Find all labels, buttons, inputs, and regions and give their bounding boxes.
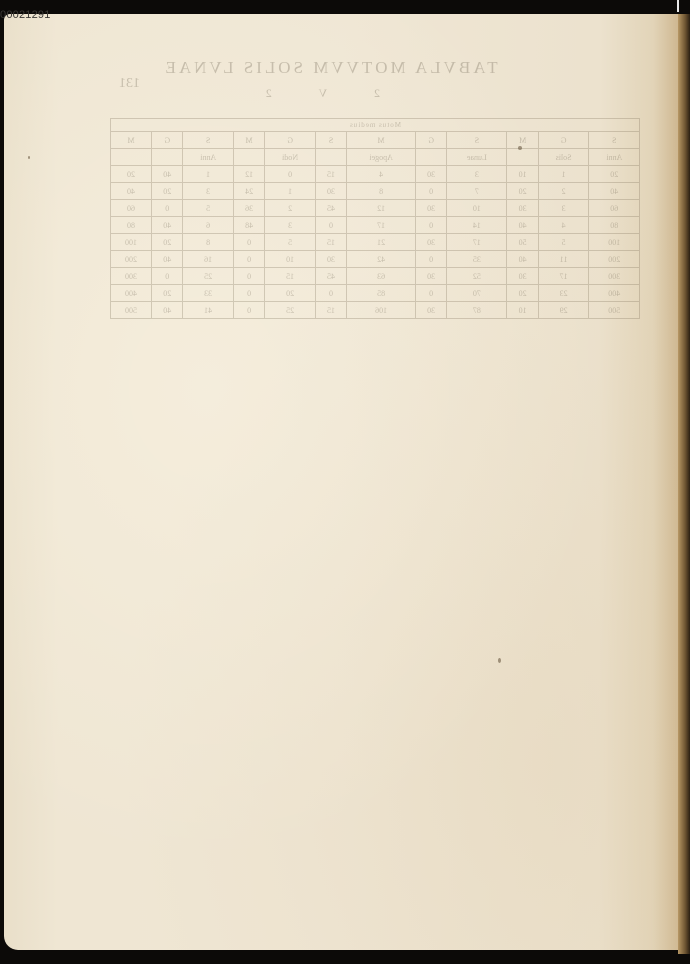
table-cell: 10 xyxy=(447,200,507,217)
table-cell: 63 xyxy=(347,268,416,285)
table-cell: 1 xyxy=(265,183,316,200)
table-cell: 15 xyxy=(315,166,346,183)
table-cell: 60 xyxy=(111,200,152,217)
table-cell: 33 xyxy=(183,285,234,302)
table-cell: 30 xyxy=(415,302,446,319)
table-cell: 5 xyxy=(183,200,234,217)
table-cell: 15 xyxy=(315,234,346,251)
table-cell: 0 xyxy=(233,285,264,302)
table-cell: 20 xyxy=(152,285,183,302)
book-page: TABVLA MOTVVM SOLIS LVNAE 131 2 V 2 Motu… xyxy=(4,14,680,950)
table-cell: 15 xyxy=(265,268,316,285)
table-cell: 2 xyxy=(265,200,316,217)
table-row: 60330103012452365060 xyxy=(111,200,640,217)
table-cell: 35 xyxy=(447,251,507,268)
table-cell: 3 xyxy=(447,166,507,183)
table-cell: 500 xyxy=(589,302,640,319)
table-cell: 100 xyxy=(111,234,152,251)
table-header-cell: Anni xyxy=(589,149,640,166)
table-cell: 20 xyxy=(507,285,538,302)
table-header-cell: M xyxy=(233,132,264,149)
table-cell: 17 xyxy=(538,268,589,285)
table-cell: 40 xyxy=(589,183,640,200)
table-cell: 4 xyxy=(538,217,589,234)
table-header-row: AnniSolisLunaeApogeiNodiAnni xyxy=(111,149,640,166)
table-header-cell: M xyxy=(507,132,538,149)
table-cell: 106 xyxy=(347,302,416,319)
table-cell: 80 xyxy=(589,217,640,234)
table-cell: 20 xyxy=(507,183,538,200)
table-cell: 0 xyxy=(152,200,183,217)
table-header-cell: S xyxy=(589,132,640,149)
table-row: 40023207008502003320400 xyxy=(111,285,640,302)
table-cell: 300 xyxy=(589,268,640,285)
table-cell: 10 xyxy=(507,166,538,183)
mirrored-running-header: TABVLA MOTVVM SOLIS LVNAE xyxy=(100,58,560,78)
table-cell: 0 xyxy=(152,268,183,285)
table-cell: 12 xyxy=(233,166,264,183)
table-header-cell: G xyxy=(538,132,589,149)
table-cell: 14 xyxy=(447,217,507,234)
table-cell: 400 xyxy=(589,285,640,302)
table-cell: 85 xyxy=(347,285,416,302)
table-cell: 25 xyxy=(183,268,234,285)
table-cell: 0 xyxy=(233,251,264,268)
table-cell: 30 xyxy=(507,200,538,217)
table-cell: 45 xyxy=(315,268,346,285)
table-cell: 5 xyxy=(265,234,316,251)
table-cell: 200 xyxy=(589,251,640,268)
table-cell: 25 xyxy=(265,302,316,319)
table-cell: 20 xyxy=(589,166,640,183)
table-cell: 30 xyxy=(315,251,346,268)
table-cell: 20 xyxy=(152,183,183,200)
table-header-cell: G xyxy=(265,132,316,149)
table-cell: 52 xyxy=(447,268,507,285)
table-cell: 5 xyxy=(538,234,589,251)
table-cell: 30 xyxy=(507,268,538,285)
table-cell: 21 xyxy=(347,234,416,251)
table-cell: 40 xyxy=(152,251,183,268)
table-cell: 11 xyxy=(538,251,589,268)
table-cell: 0 xyxy=(415,251,446,268)
table-cell: 400 xyxy=(111,285,152,302)
table-cell: 7 xyxy=(447,183,507,200)
table-cell: 30 xyxy=(415,166,446,183)
table-cell: 100 xyxy=(589,234,640,251)
table-header-cell: Solis xyxy=(538,149,589,166)
table-cell: 40 xyxy=(152,302,183,319)
table-cell: 30 xyxy=(415,234,446,251)
mirrored-sub-marks: 2 V 2 xyxy=(244,86,380,101)
mirrored-page-number: 131 xyxy=(119,76,140,92)
table-row: 8044014017034864080 xyxy=(111,217,640,234)
table-caption: Motus medius xyxy=(111,119,640,132)
table-cell: 20 xyxy=(111,166,152,183)
table-cell: 0 xyxy=(233,268,264,285)
table-cell: 8 xyxy=(183,234,234,251)
table-cell: 0 xyxy=(415,217,446,234)
table-cell: 50 xyxy=(507,234,538,251)
table-cell: 4 xyxy=(347,166,416,183)
table-cell: 0 xyxy=(233,302,264,319)
mirrored-table: Motus mediusSGMSGMSGMSGMAnniSolisLunaeAp… xyxy=(110,118,640,319)
table-cell: 60 xyxy=(589,200,640,217)
table-header-cell: Anni xyxy=(183,149,234,166)
table-row: 200114035042301001640200 xyxy=(111,251,640,268)
table-row: 300173052306345150250300 xyxy=(111,268,640,285)
table-cell: 0 xyxy=(265,166,316,183)
table-header-cell: Lunae xyxy=(447,149,507,166)
table-cell: 87 xyxy=(447,302,507,319)
table-cell: 40 xyxy=(507,217,538,234)
scan-edge-mark xyxy=(677,0,679,12)
ink-spot xyxy=(28,156,30,159)
table-cell: 45 xyxy=(315,200,346,217)
table-header-cell xyxy=(415,149,446,166)
table-header-cell: G xyxy=(415,132,446,149)
table-header-cell: M xyxy=(347,132,416,149)
table-cell: 10 xyxy=(507,302,538,319)
table-cell: 30 xyxy=(315,183,346,200)
table-cell: 70 xyxy=(447,285,507,302)
table-cell: 0 xyxy=(415,285,446,302)
table-cell: 17 xyxy=(447,234,507,251)
show-through-text: TABVLA MOTVVM SOLIS LVNAE 131 2 V 2 Motu… xyxy=(4,14,680,950)
table-header-cell xyxy=(315,149,346,166)
table-header-cell: G xyxy=(152,132,183,149)
table-header-cell xyxy=(507,149,538,166)
table-header-cell: Nodi xyxy=(265,149,316,166)
table-header-cell xyxy=(152,149,183,166)
table-cell: 3 xyxy=(265,217,316,234)
table-cell: 40 xyxy=(111,183,152,200)
table-cell: 3 xyxy=(538,200,589,217)
table-cell: 8 xyxy=(347,183,416,200)
table-cell: 40 xyxy=(152,217,183,234)
table-cell: 40 xyxy=(507,251,538,268)
ink-spot xyxy=(518,146,522,150)
table-cell: 20 xyxy=(152,234,183,251)
table-cell: 24 xyxy=(233,183,264,200)
table-header-cell: S xyxy=(315,132,346,149)
table-header-cell: S xyxy=(183,132,234,149)
table-cell: 80 xyxy=(111,217,152,234)
table-cell: 42 xyxy=(347,251,416,268)
table-row: 2011033041501214020 xyxy=(111,166,640,183)
table-cell: 1 xyxy=(183,166,234,183)
table-cell: 3 xyxy=(183,183,234,200)
table-header-cell: Apogei xyxy=(347,149,416,166)
table-cell: 15 xyxy=(315,302,346,319)
table-cell: 500 xyxy=(111,302,152,319)
table-cell: 0 xyxy=(315,285,346,302)
table-header-cell: M xyxy=(111,132,152,149)
table-cell: 36 xyxy=(233,200,264,217)
table-row: 1005501730211550820100 xyxy=(111,234,640,251)
table-cell: 300 xyxy=(111,268,152,285)
scan-id-label: 00021291 xyxy=(0,9,51,21)
table-cell: 30 xyxy=(415,268,446,285)
table-cell: 23 xyxy=(538,285,589,302)
table-cell: 200 xyxy=(111,251,152,268)
table-row: 50029108730106152504140500 xyxy=(111,302,640,319)
table-cell: 40 xyxy=(152,166,183,183)
table-cell: 12 xyxy=(347,200,416,217)
table-header-cell xyxy=(233,149,264,166)
table-cell: 1 xyxy=(538,166,589,183)
table-cell: 0 xyxy=(315,217,346,234)
table-cell: 0 xyxy=(233,234,264,251)
ink-spot xyxy=(498,658,501,663)
table-cell: 30 xyxy=(415,200,446,217)
table-cell: 48 xyxy=(233,217,264,234)
table-row: 402207083012432040 xyxy=(111,183,640,200)
table-header-cell xyxy=(111,149,152,166)
table-cell: 41 xyxy=(183,302,234,319)
table-header-cell: S xyxy=(447,132,507,149)
table-cell: 0 xyxy=(415,183,446,200)
table-cell: 17 xyxy=(347,217,416,234)
table-cell: 2 xyxy=(538,183,589,200)
table-cell: 29 xyxy=(538,302,589,319)
table-cell: 6 xyxy=(183,217,234,234)
table-cell: 10 xyxy=(265,251,316,268)
table-cell: 16 xyxy=(183,251,234,268)
book-spine-edge xyxy=(678,14,690,954)
table-cell: 20 xyxy=(265,285,316,302)
table-header-row: SGMSGMSGMSGM xyxy=(111,132,640,149)
